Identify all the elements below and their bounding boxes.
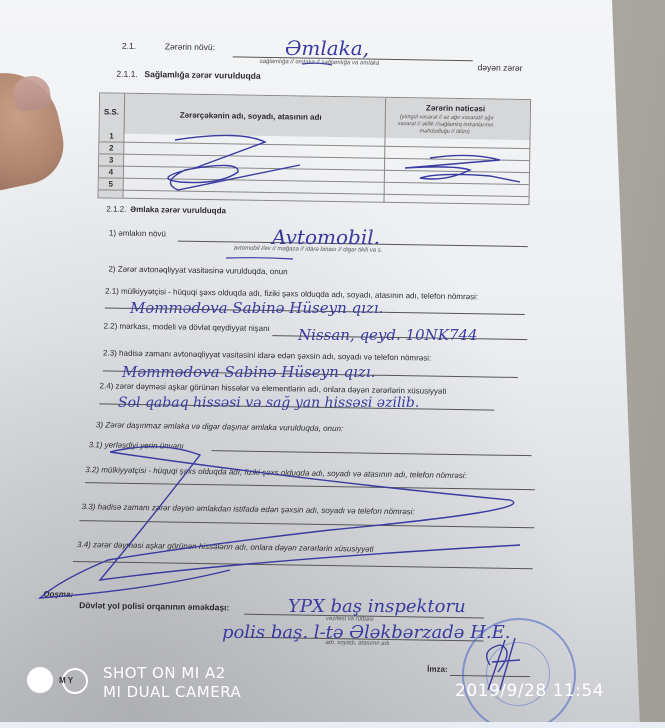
watermark-line-1: SHOT ON MI A2 bbox=[103, 664, 226, 682]
handwriting-layer: Əmlaka, Avtomobil. Məmmədova Sabinə Hüse… bbox=[0, 0, 665, 728]
handwritten-vehicle-model: Nissan, qeyd. 10NK744 bbox=[297, 326, 478, 344]
bottom-edge bbox=[0, 722, 665, 728]
photo-of-document: 2.1. Zərərin növü: sağlamlığa // əmlaka … bbox=[0, 0, 665, 728]
handwritten-property-type: Avtomobil. bbox=[270, 225, 380, 249]
handwritten-damaged-parts: Sol qabaq hissəsi və sağ yan hissəsi əzi… bbox=[118, 395, 419, 411]
handwritten-damage-type: Əmlaka, bbox=[285, 36, 369, 60]
camera-logo-dot-icon bbox=[27, 667, 53, 693]
watermark-line-2: MI DUAL CAMERA bbox=[103, 683, 241, 701]
camera-logo-text: M Y bbox=[59, 676, 73, 685]
handwritten-vehicle-owner: Məmmədova Sabinə Hüseyn qızı. bbox=[129, 299, 383, 317]
handwritten-officer-position: YPX baş inspektoru bbox=[288, 596, 466, 617]
watermark-timestamp: 2019/9/28 11:54 bbox=[455, 681, 604, 701]
handwritten-officer-name: polis baş. l-tə Ələkbərzadə H.E. bbox=[222, 622, 510, 643]
handwritten-vehicle-driver: Məmmədova Sabinə Hüseyn qızı. bbox=[121, 363, 375, 381]
